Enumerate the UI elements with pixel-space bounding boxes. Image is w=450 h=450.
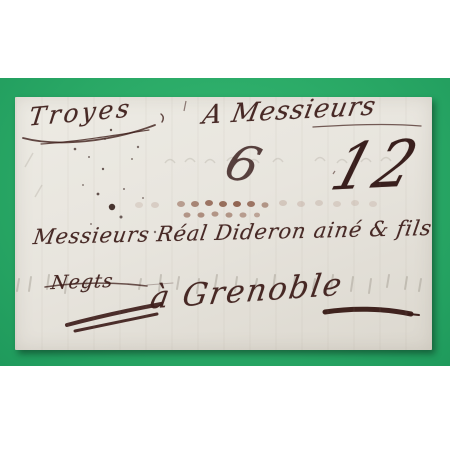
merchant-abbreviation: Negts — [50, 272, 115, 293]
double-underline-flourish — [67, 304, 161, 331]
grenoble-dash — [325, 309, 419, 315]
letter-paper: Troyes A Messieurs 6 12 Messieurs Réal D… — [15, 97, 432, 350]
letter-photo: Troyes A Messieurs 6 12 Messieurs Réal D… — [0, 78, 450, 366]
ink-speckles — [74, 129, 157, 233]
